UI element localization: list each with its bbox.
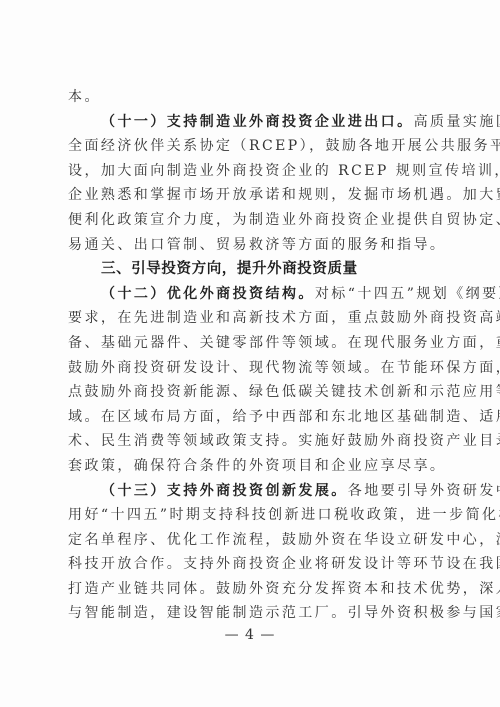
- paragraph-11-title: （十一）支持制造业外商投资企业进出口。: [101, 114, 414, 130]
- text-line: 科技开放合作。支持外商投资企业将研发设计等环节设在我国，: [68, 552, 434, 577]
- text-line: 设，加大面向制造业外商投资企业的 RCEP 规则宣传培训，指导: [68, 159, 434, 184]
- text-line: 定名单程序、优化工作流程，鼓励外资在华设立研发中心，深化: [68, 528, 434, 553]
- page-number: — 4 —: [0, 627, 500, 643]
- paragraph-13-start: （十三）支持外商投资创新发展。各地要引导外资研发中心: [68, 479, 434, 504]
- text-line: 用好“十四五”时期支持科技创新进口税收政策，进一步简化核: [68, 503, 434, 528]
- text-line: 点鼓励外商投资新能源、绿色低碳关键技术创新和示范应用等领: [68, 380, 434, 405]
- text-line: 鼓励外商投资研发设计、现代物流等领域。在节能环保方面，重: [68, 356, 434, 381]
- section-heading: 三、引导投资方向，提升外商投资质量: [68, 257, 434, 282]
- paragraph-13-title: （十三）支持外商投资创新发展。: [101, 483, 348, 499]
- text-line: 要求，在先进制造业和高新技术方面，重点鼓励外商投资高端装: [68, 306, 434, 331]
- text-line: 全面经济伙伴关系协定（RCEP），鼓励各地开展公共服务平台建: [68, 134, 434, 159]
- paragraph-13-text: 各地要引导外资研发中心: [348, 483, 500, 499]
- paragraph-12-text: 对标“十四五”规划《纲要》: [315, 286, 500, 302]
- text-line: 易通关、出口管制、贸易救济等方面的服务和指导。: [68, 233, 434, 258]
- text-line: 打造产业链共同体。鼓励外资充分发挥资本和技术优势，深入参: [68, 577, 434, 602]
- document-page: 本。 （十一）支持制造业外商投资企业进出口。高质量实施区域 全面经济伙伴关系协定…: [0, 0, 500, 707]
- text-line: 企业熟悉和掌握市场开放承诺和规则，发掘市场机遇。加大贸易: [68, 183, 434, 208]
- text-line: 套政策，确保符合条件的外资项目和企业应享尽享。: [68, 454, 434, 479]
- text-line: 域。在区域布局方面，给予中西部和东北地区基础制造、适用技: [68, 405, 434, 430]
- text-line: 与智能制造，建设智能制造示范工厂。引导外资积极参与国家新: [68, 601, 434, 626]
- text-line: 备、基础元器件、关键零部件等领域。在现代服务业方面，重点: [68, 331, 434, 356]
- text-line: 便利化政策宣介力度，为制造业外商投资企业提供自贸协定、贸: [68, 208, 434, 233]
- document-body: 本。 （十一）支持制造业外商投资企业进出口。高质量实施区域 全面经济伙伴关系协定…: [68, 85, 434, 626]
- paragraph-12-title: （十二）优化外商投资结构。: [101, 286, 315, 302]
- paragraph-11-text: 高质量实施区域: [414, 114, 500, 130]
- paragraph-11-start: （十一）支持制造业外商投资企业进出口。高质量实施区域: [68, 110, 434, 135]
- text-line: 术、民生消费等领域政策支持。实施好鼓励外商投资产业目录配: [68, 429, 434, 454]
- paragraph-12-start: （十二）优化外商投资结构。对标“十四五”规划《纲要》: [68, 282, 434, 307]
- text-line: 本。: [68, 85, 434, 110]
